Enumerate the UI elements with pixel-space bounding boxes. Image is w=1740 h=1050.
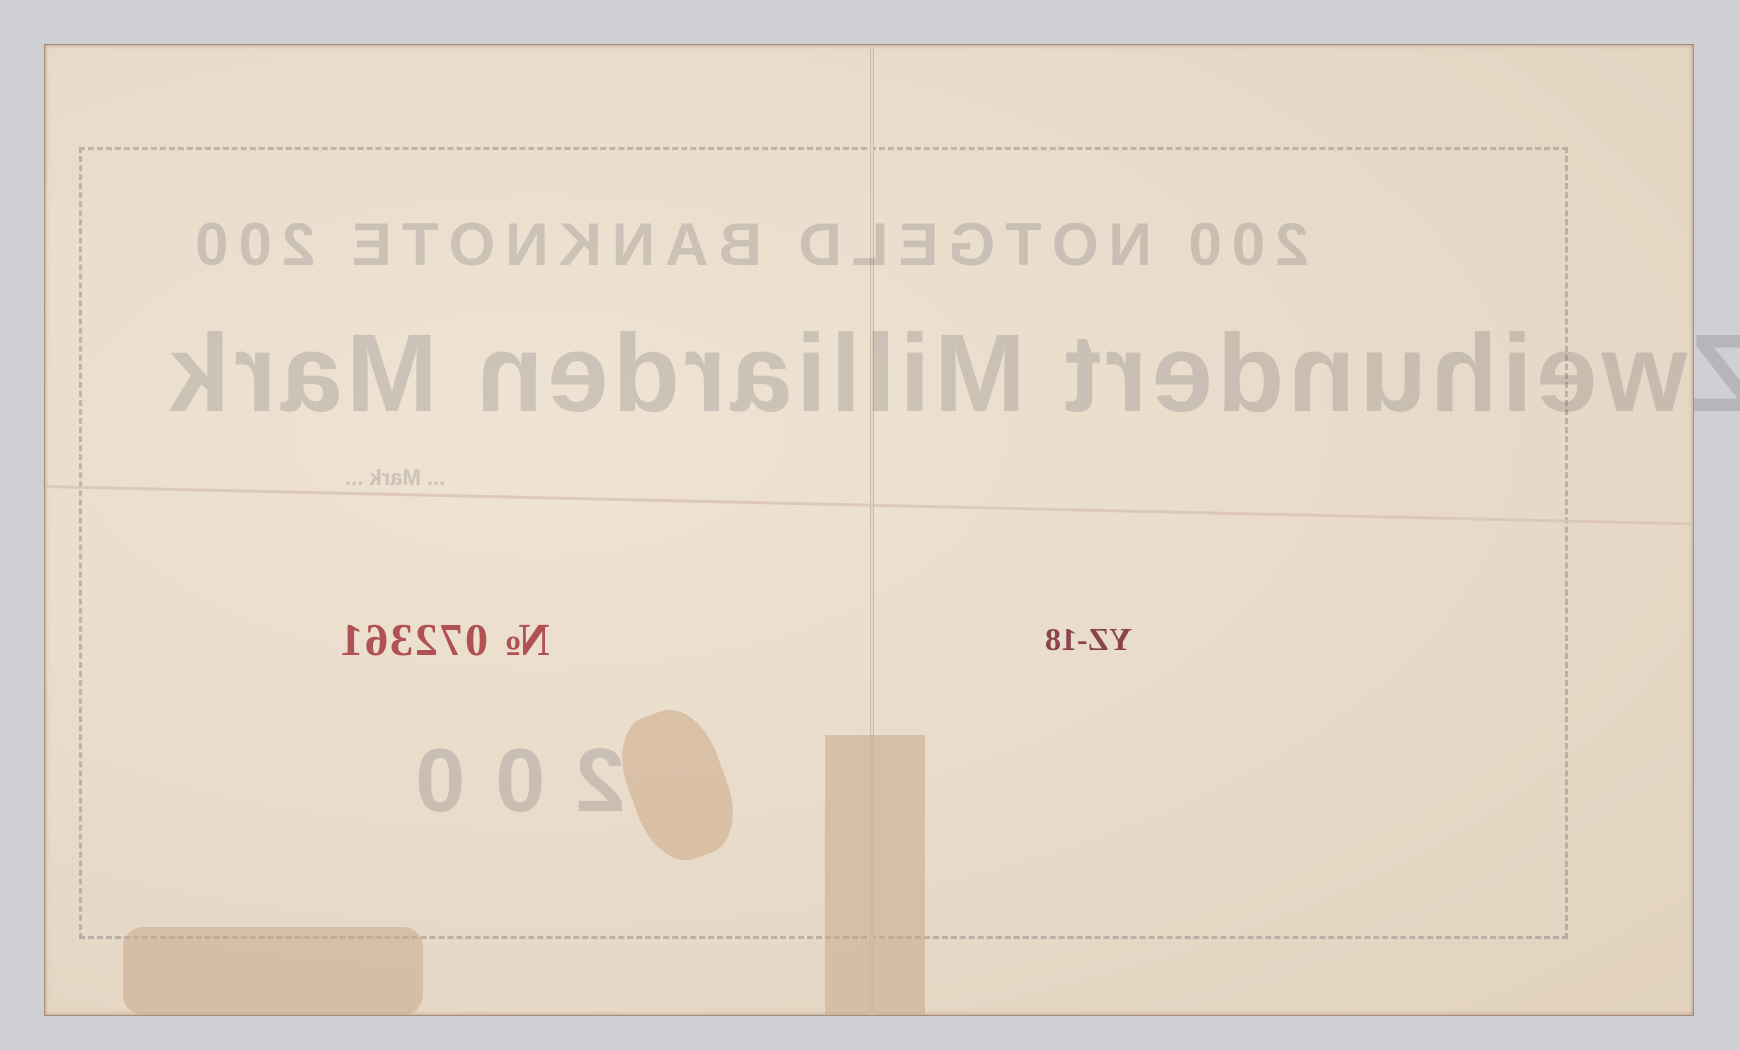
banknote: 200 NOTGELD BANKNOTE 200 Zweihundert Mil… [44,44,1694,1016]
mirrored-title: 200 NOTGELD BANKNOTE 200 [185,210,1309,279]
mirrored-bottom-numeral: 200 [385,730,625,833]
tape-residue [825,735,925,1015]
mirrored-denomination: Zweihundert Milliarden Mark [165,310,1740,437]
serial-number: № 072361 [338,613,550,666]
mirrored-small-text: ... Mark ... [345,465,445,491]
series-code: YZ-18 [1045,621,1132,658]
tape-residue [123,927,423,1015]
